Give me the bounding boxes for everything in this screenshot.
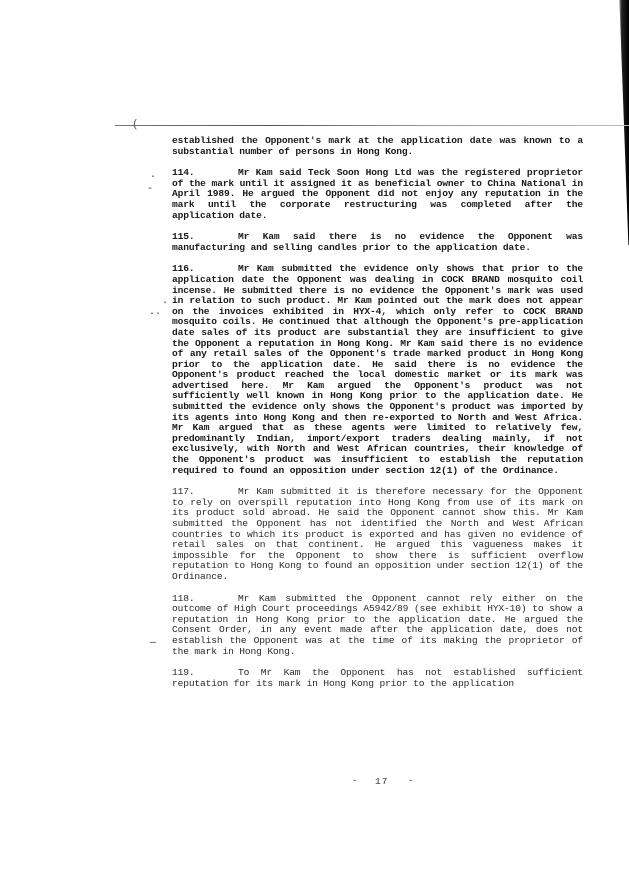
margin-dot: ·· <box>149 309 161 320</box>
document-body: established the Opponent's mark at the a… <box>172 136 583 700</box>
paragraph-118: 118.Mr Kam submitted the Opponent cannot… <box>172 594 583 658</box>
continuation-paragraph: established the Opponent's mark at the a… <box>172 136 583 157</box>
paragraph-text: Mr Kam submitted the evidence only shows… <box>172 263 583 475</box>
paragraph-text: Mr Kam submitted it is therefore necessa… <box>172 486 583 582</box>
page-number: 17 <box>375 776 388 787</box>
header-rule <box>115 125 629 126</box>
margin-dot: . <box>162 296 168 307</box>
paragraph-119: 119.To Mr Kam the Opponent has not estab… <box>172 668 583 689</box>
paragraph-117: 117.Mr Kam submitted it is therefore nec… <box>172 487 583 582</box>
scan-edge-shadow <box>617 0 629 245</box>
paragraph-114: 114.Mr Kam said Teck Soon Hong Ltd was t… <box>172 168 583 221</box>
paragraph-115: 115.Mr Kam said there is no evidence the… <box>172 232 583 253</box>
margin-dot: · <box>150 172 156 183</box>
scan-mark: ( <box>132 119 139 131</box>
page-number-dash-left: - <box>352 776 357 786</box>
margin-dash: — <box>150 638 156 649</box>
page-number-dash-right: - <box>408 776 413 786</box>
margin-dot: - <box>147 184 153 195</box>
paragraph-116: 116.Mr Kam submitted the evidence only s… <box>172 264 583 476</box>
